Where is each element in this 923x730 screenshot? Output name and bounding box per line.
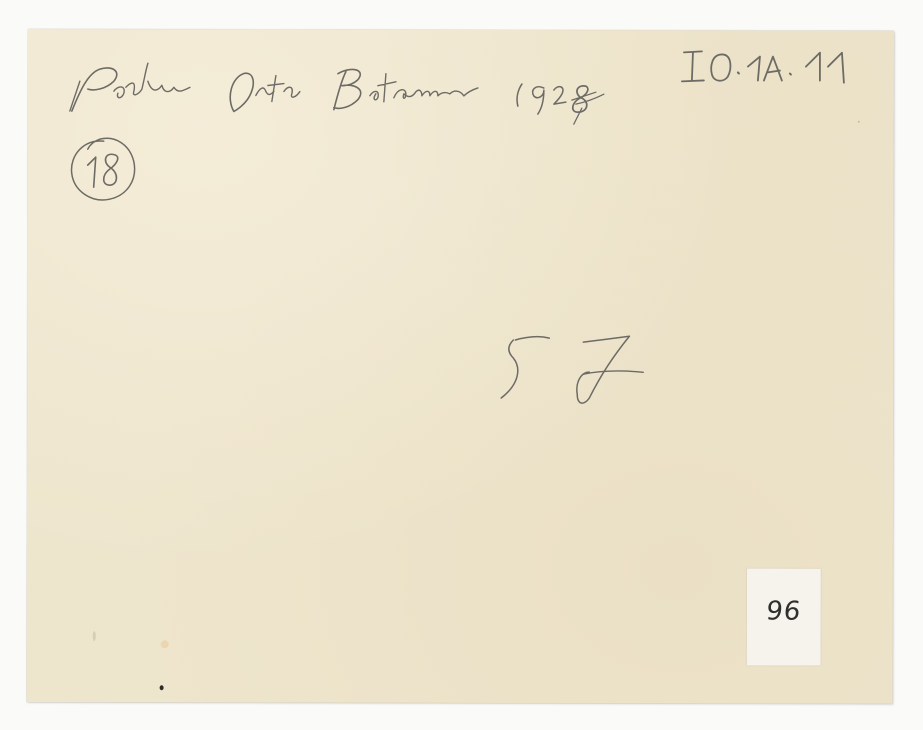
- circled-number-mark: [64, 129, 144, 209]
- inscription-text: Padova Orto Botanico 1928: [28, 29, 29, 30]
- archival-card-verso: Padova Orto Botanico 1928 18: [27, 29, 894, 704]
- center-number-mark: [493, 322, 653, 412]
- catalog-code-text: IO.1A.11: [28, 29, 29, 30]
- foxing-spot: [93, 631, 96, 641]
- handwritten-inscription: [66, 51, 646, 142]
- inventory-label: 96: [747, 569, 821, 666]
- circled-number-text: 18: [28, 29, 29, 30]
- scan-backdrop: Padova Orto Botanico 1928 18: [0, 0, 923, 730]
- center-number-text: 57: [28, 29, 29, 30]
- foxing-spot: [161, 640, 169, 648]
- catalog-code-mark: [678, 44, 878, 94]
- ink-speck: [160, 685, 164, 690]
- foxing-spot: [858, 121, 860, 123]
- inventory-label-number: 96: [745, 597, 822, 627]
